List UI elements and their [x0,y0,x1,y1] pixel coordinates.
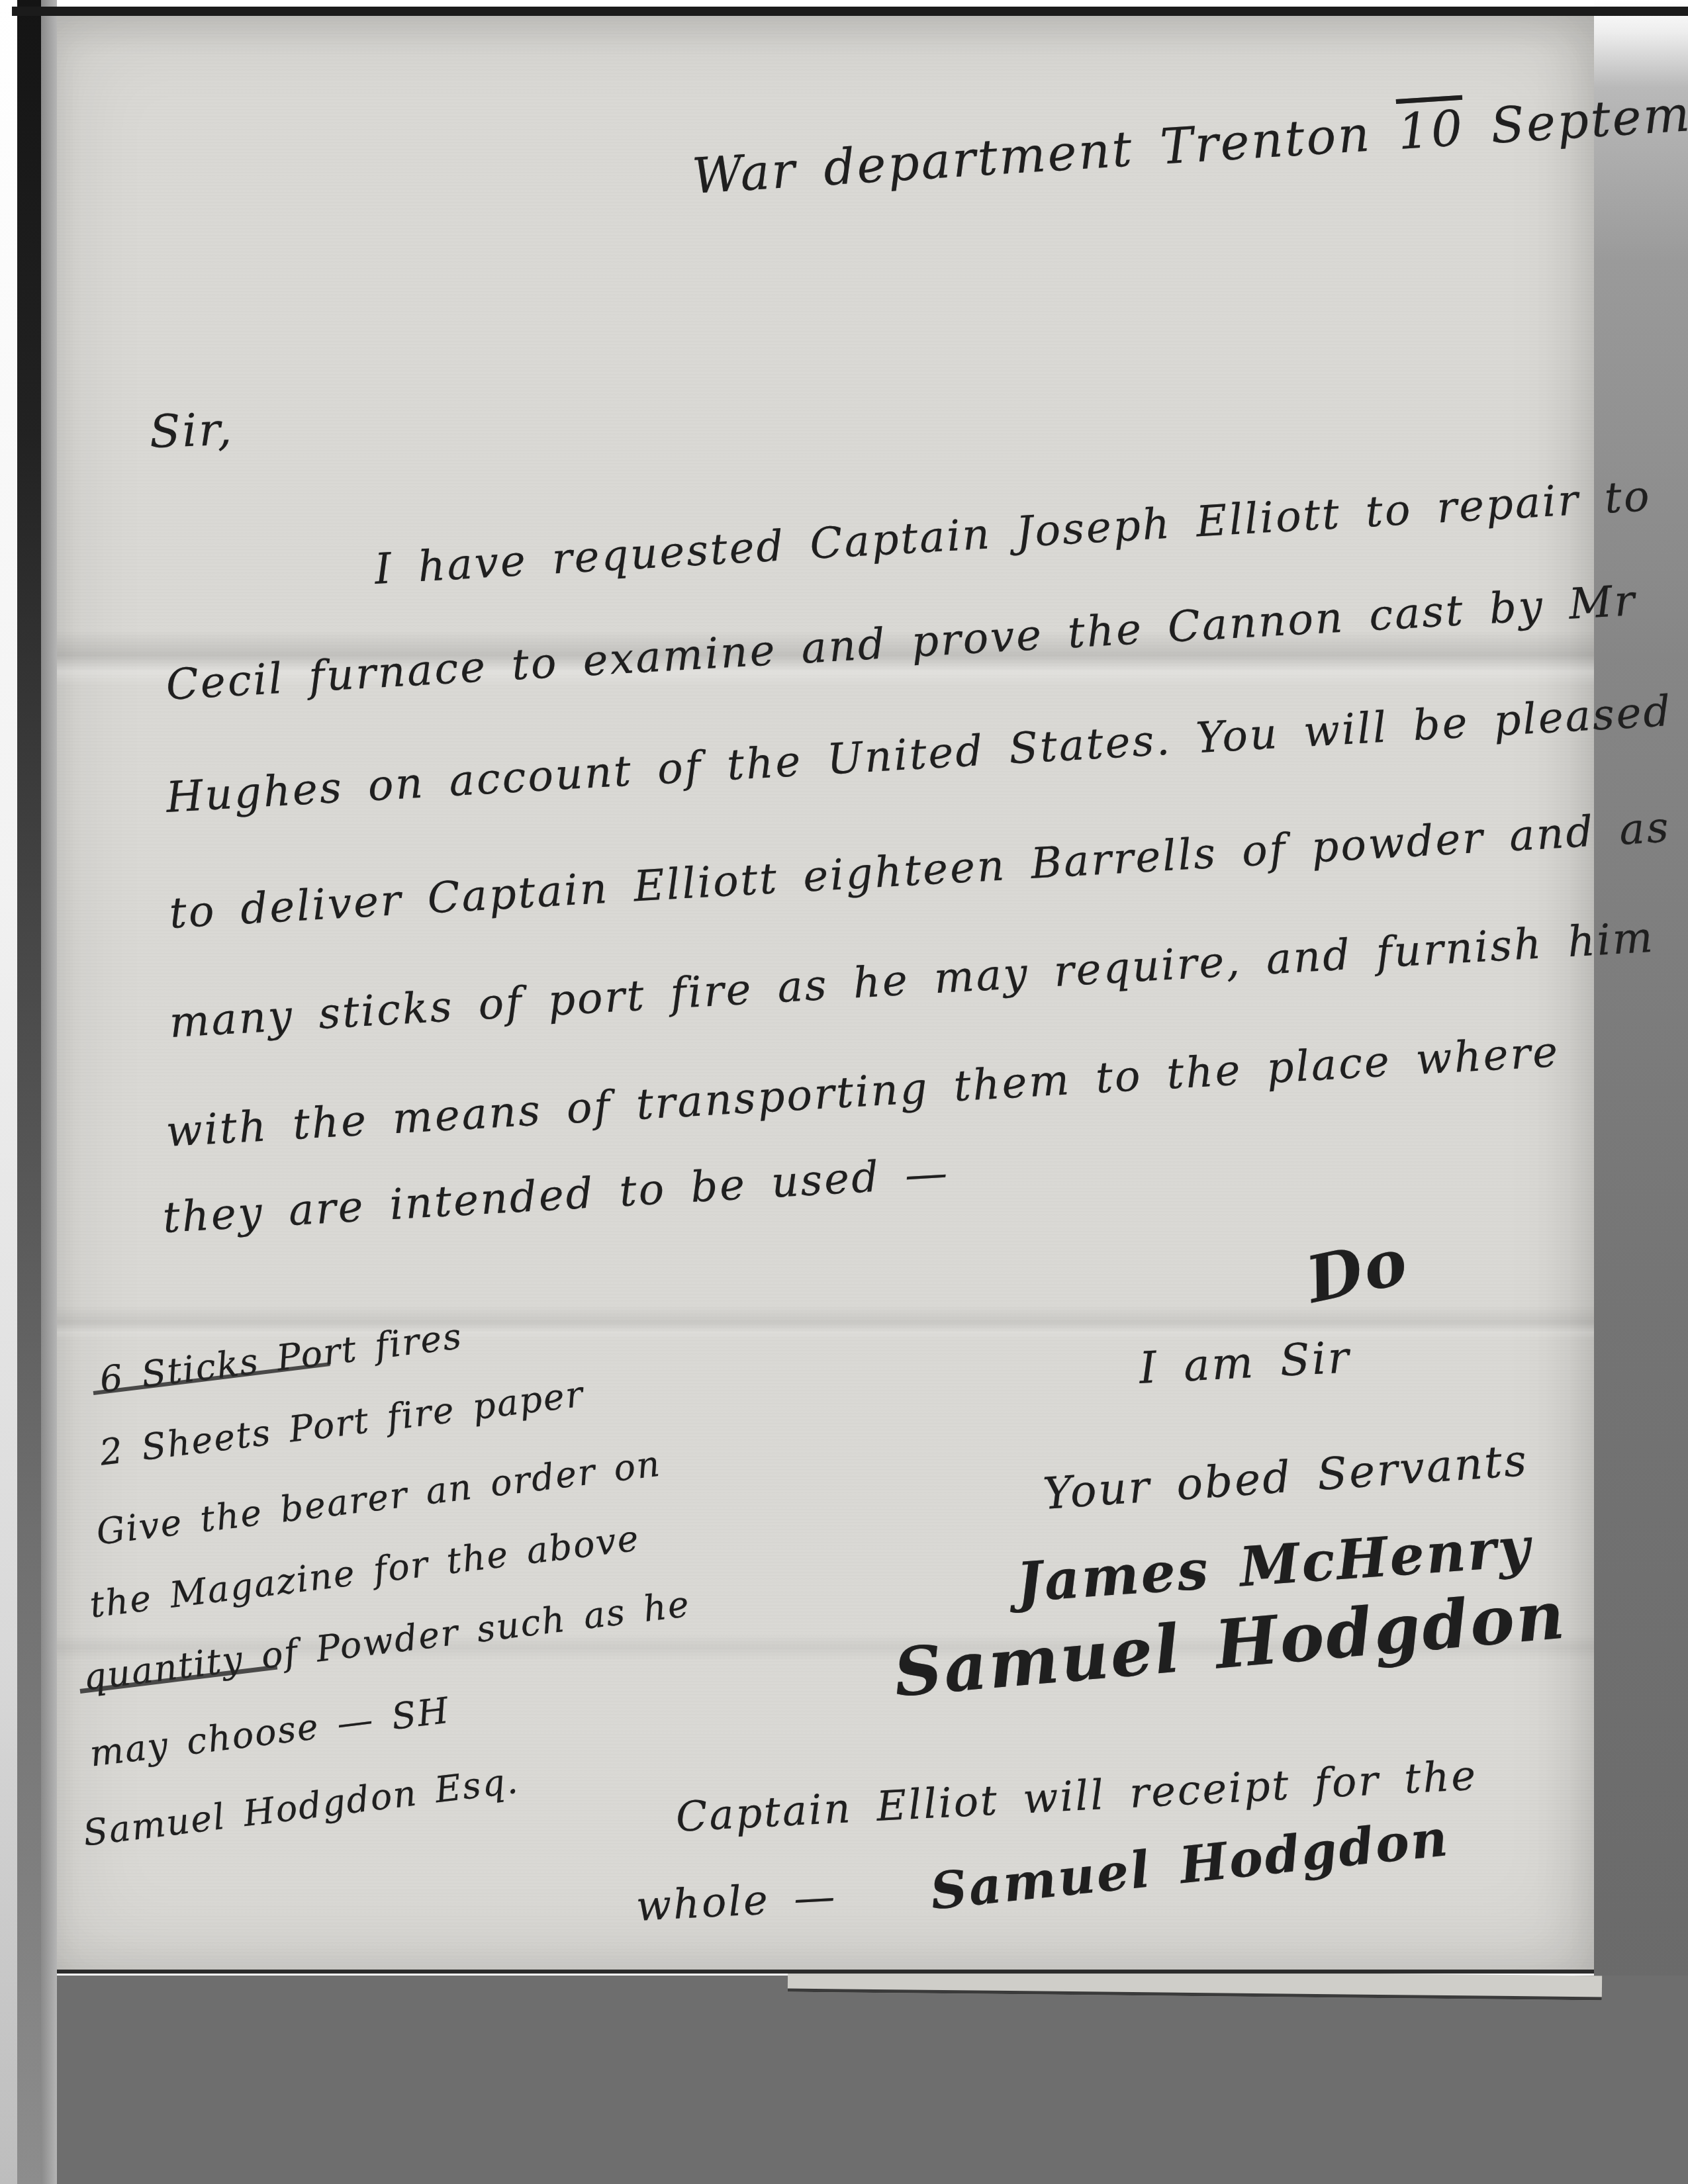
closing-your-obed-servants: Your obed Servants [1041,1435,1530,1520]
body-line: to deliver Captain Elliott eighteen Barr… [168,803,1672,938]
body-line: Hughes on account of the United States. … [165,687,1673,823]
margin-note: 6 Sticks Port fires [97,1315,465,1401]
body-line: many sticks of port fire as he may requi… [168,913,1656,1048]
dateline-day: 10 [1396,100,1466,161]
scanned-letter-page: War department Trenton 10 Septemd 1799 S… [0,0,1688,2184]
scanner-backdrop-bottom [0,1976,1688,2184]
body-line: I have requested Captain Joseph Elliott … [373,472,1652,594]
margin-note: may choose — SH [87,1690,452,1775]
margin-note: Samuel Hodgdon Esq. [81,1760,521,1854]
ink-flourish: Do [1300,1223,1415,1317]
body-line: they are intended to be used — [162,1149,951,1243]
postscript-signature-samuel-hodgdon: Samuel Hodgdon [927,1808,1452,1921]
salutation: Sir, [149,404,235,459]
body-line: Cecil furnace to examine and prove the C… [165,576,1638,710]
dateline: War department Trenton 10 Septemd 1799 [690,73,1688,205]
dateline-place: War department Trenton [690,104,1399,205]
body-line: with the means of transporting them to t… [165,1028,1561,1157]
scanner-backdrop-right [1594,0,1688,2184]
scan-margin-left [0,0,17,2184]
closing-i-am-sir: I am Sir [1138,1332,1352,1394]
paper-sheet: War department Trenton 10 Septemd 1799 S… [57,16,1594,1974]
paper-edge-shadow-left [41,0,57,2184]
scan-frame-top [12,7,1688,16]
scan-frame-left [17,0,41,2184]
fold-crease [57,1305,1594,1340]
postscript-line: whole — [635,1872,838,1931]
